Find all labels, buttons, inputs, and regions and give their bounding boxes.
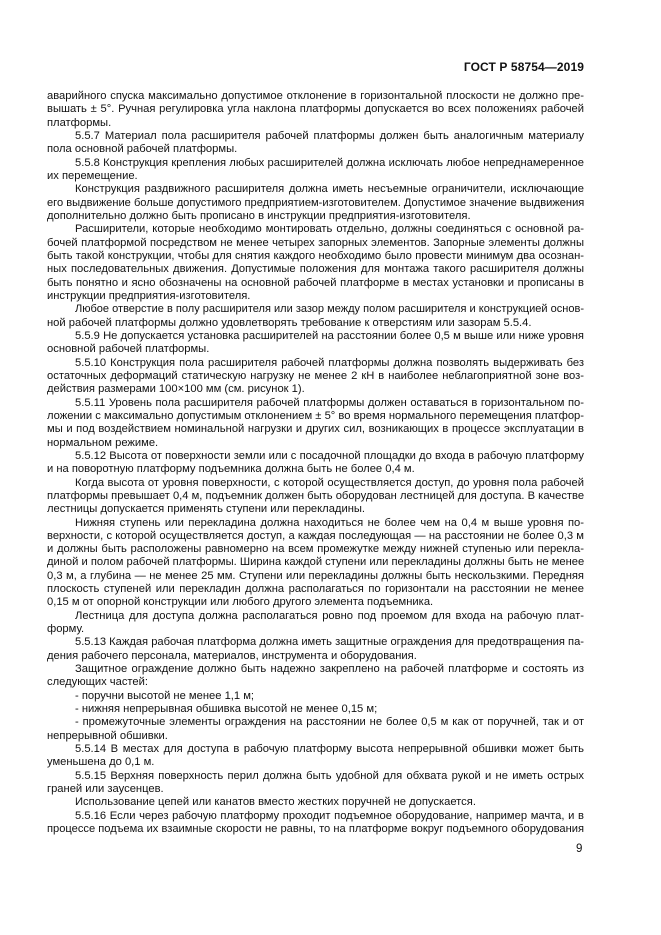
text-line: и должны быть расположены равномерно на … [47, 543, 584, 556]
text-line: пола основной рабочей платформы. [47, 143, 584, 156]
text-line: вышать ± 5°. Ручная регулировка угла нак… [47, 103, 584, 116]
text-line: 5.5.11 Уровень пола расширителя рабочей … [47, 397, 584, 410]
text-line: остаточных деформаций статическую нагруз… [47, 370, 584, 383]
text-line: ложении с максимально допустимым отклоне… [47, 410, 584, 423]
text-line: действия размерами 100×100 мм (см. рисун… [47, 383, 584, 396]
text-line: аварийного спуска максимально допустимое… [47, 90, 584, 103]
text-line: и на поворотную платформу подъемника дол… [47, 463, 584, 476]
text-line: платформы превышает 0,4 м, подъемник дол… [47, 490, 584, 503]
text-line: 5.5.9 Не допускается установка расширите… [47, 330, 584, 343]
text-line: Расширители, которые необходимо монтиров… [47, 223, 584, 236]
text-line: платформы. [47, 117, 584, 130]
text-line: 0,3 м, а глубина — не менее 25 мм. Ступе… [47, 570, 584, 583]
text-line: Использование цепей или канатов вместо ж… [47, 796, 584, 809]
text-line: дополнительно должно быть прописано в ин… [47, 210, 584, 223]
text-line: 0,15 м от опорной конструкции или любого… [47, 596, 584, 609]
text-line: быть такой конструкции, чтобы для снятия… [47, 250, 584, 263]
text-line: 5.5.7 Материал пола расширителя рабочей … [47, 130, 584, 143]
text-line: Защитное ограждение должно быть надежно … [47, 663, 584, 676]
text-line: Нижняя ступень или перекладина должна на… [47, 517, 584, 530]
text-line: диной и полом рабочей платформы. Ширина … [47, 556, 584, 569]
text-line: Конструкция раздвижного расширителя долж… [47, 183, 584, 196]
text-line: плоскость ступеней или перекладин должна… [47, 583, 584, 596]
text-line: - промежуточные элементы ограждения на р… [47, 716, 584, 729]
text-line: 5.5.14 В местах для доступа в рабочую пл… [47, 743, 584, 756]
text-line: его выдвижение больше допустимого предпр… [47, 197, 584, 210]
text-line: 5.5.10 Конструкция пола расширителя рабо… [47, 357, 584, 370]
text-line: верхности, с которой осуществляется дост… [47, 530, 584, 543]
text-line: граней или заусенцев. [47, 783, 584, 796]
text-line: инструкции предприятия-изготовителя. [47, 290, 584, 303]
text-line: непрерывной обшивки. [47, 730, 584, 743]
text-line: 5.5.15 Верхняя поверхность перил должна … [47, 770, 584, 783]
text-line: ных последовательных движения. Допустимы… [47, 263, 584, 276]
text-line: мы и под воздействием номинальной нагруз… [47, 423, 584, 436]
text-line: основной рабочей платформы. [47, 343, 584, 356]
text-line: Лестница для доступа должна располагатьс… [47, 610, 584, 623]
text-line: Любое отверстие в полу расширителя или з… [47, 303, 584, 316]
text-line: - нижняя непрерывная обшивка высотой не … [47, 703, 584, 716]
text-line: следующих частей: [47, 676, 584, 689]
text-line: 5.5.12 Высота от поверхности земли или с… [47, 450, 584, 463]
text-line: форму. [47, 623, 584, 636]
page-number: 9 [576, 842, 582, 856]
text-line: лестницы допускается применять ступени и… [47, 503, 584, 516]
text-line: нормальном режиме. [47, 437, 584, 450]
text-line: 5.5.8 Конструкция крепления любых расшир… [47, 157, 584, 170]
text-line: ной рабочей платформы должно удовлетворя… [47, 317, 584, 330]
text-line: Когда высота от уровня поверхности, с ко… [47, 477, 584, 490]
text-line: - поручни высотой не менее 1,1 м; [47, 690, 584, 703]
document-header: ГОСТ Р 58754—2019 [464, 60, 584, 74]
text-line: быть понятно и ясно обозначены на основн… [47, 277, 584, 290]
text-line: их перемещение. [47, 170, 584, 183]
text-line: 5.5.16 Если через рабочую платформу прох… [47, 810, 584, 823]
text-line: дения рабочего персонала, материалов, ин… [47, 650, 584, 663]
text-line: уменьшена до 0,1 м. [47, 756, 584, 769]
text-line: бочей платформой посредством не менее че… [47, 237, 584, 250]
document-body: аварийного спуска максимально допустимое… [47, 90, 584, 836]
text-line: 5.5.13 Каждая рабочая платформа должна и… [47, 636, 584, 649]
text-line: процессе подъема их взаимные скорости не… [47, 823, 584, 836]
